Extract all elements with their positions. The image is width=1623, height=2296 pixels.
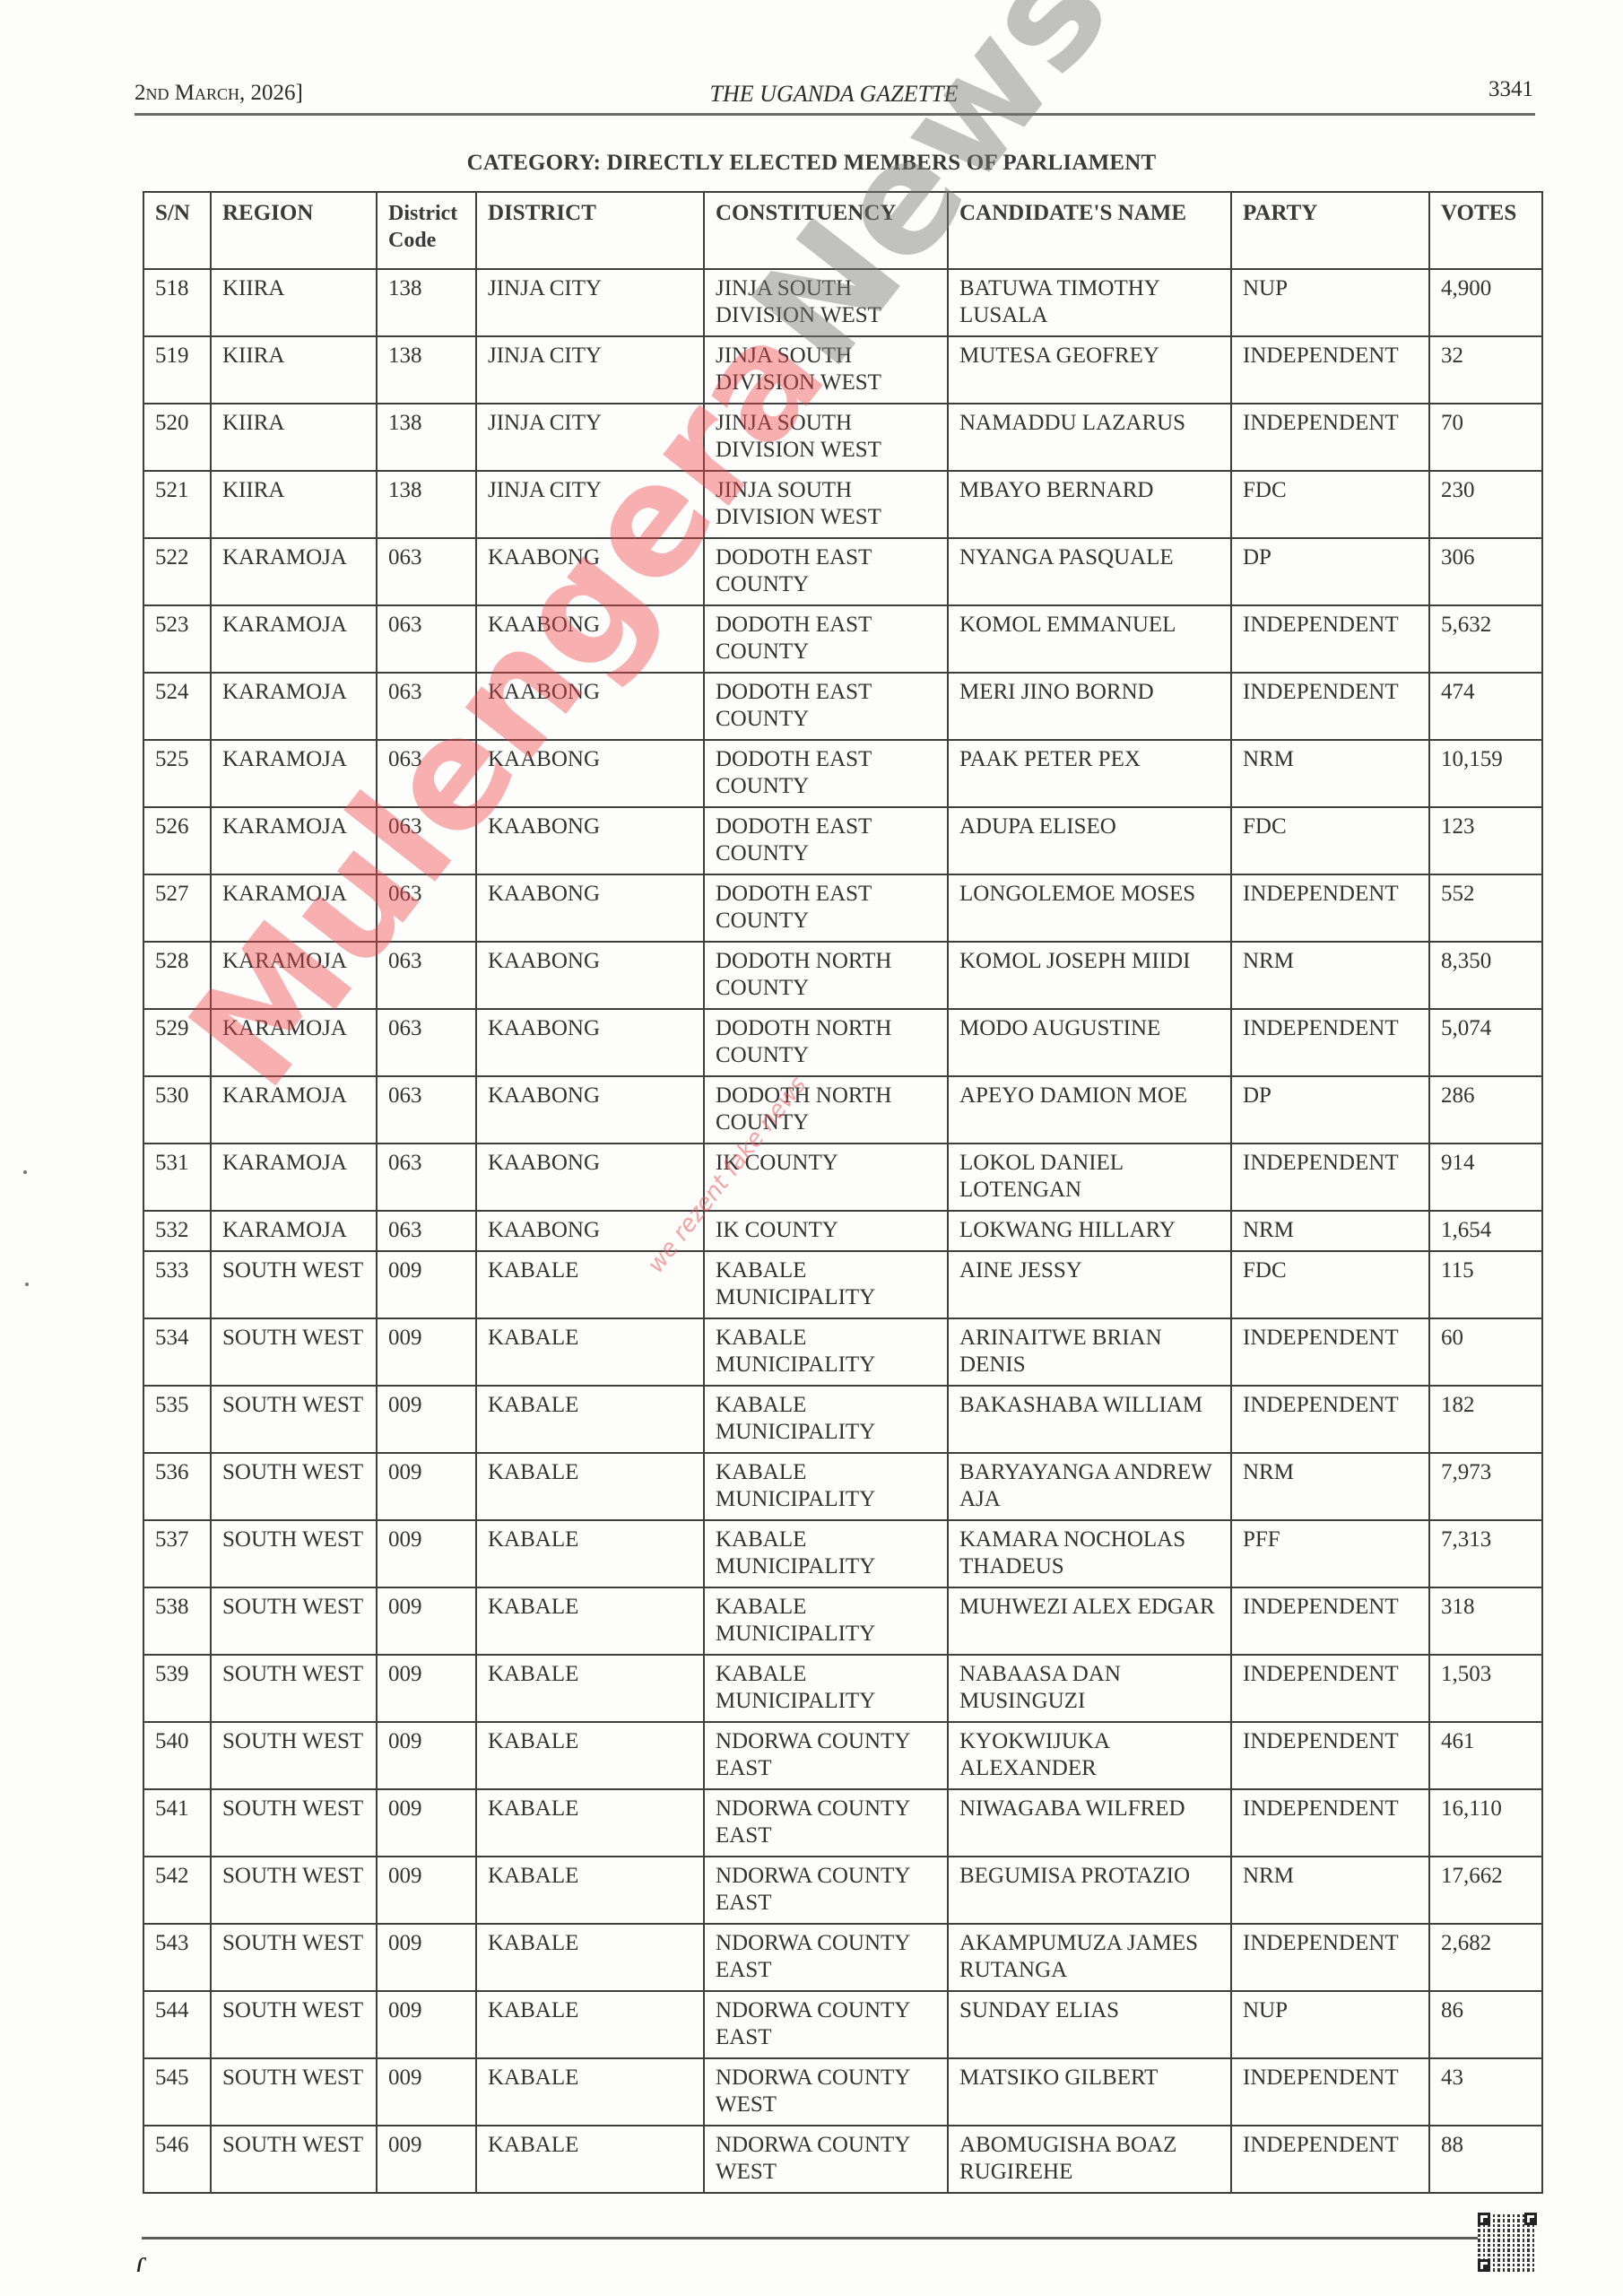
cell-votes: 182	[1429, 1386, 1542, 1453]
cell-sn: 524	[143, 673, 211, 740]
cell-district: JINJA CITY	[476, 471, 704, 538]
cell-constituency: NDORWA COUNTY WEST	[704, 2126, 948, 2193]
cell-votes: 2,682	[1429, 1924, 1542, 1991]
cell-candidate-name: BATUWA TIMOTHY LUSALA	[948, 269, 1231, 336]
table-row: 543SOUTH WEST009KABALENDORWA COUNTY EAST…	[143, 1924, 1542, 1991]
ink-mark: ɾ	[135, 2246, 145, 2280]
cell-party: FDC	[1231, 471, 1429, 538]
cell-region: KARAMOJA	[211, 1076, 377, 1144]
cell-region: KARAMOJA	[211, 538, 377, 605]
footer-rule	[142, 2237, 1478, 2239]
cell-votes: 8,350	[1429, 942, 1542, 1009]
cell-candidate-name: SUNDAY ELIAS	[948, 1991, 1231, 2058]
table-row: 539SOUTH WEST009KABALEKABALE MUNICIPALIT…	[143, 1655, 1542, 1722]
cell-constituency: JINJA SOUTH DIVISION WEST	[704, 471, 948, 538]
cell-constituency: DODOTH EAST COUNTY	[704, 673, 948, 740]
results-table: S/N REGION District Code DISTRICT CONSTI…	[143, 191, 1543, 2194]
cell-candidate-name: MATSIKO GILBERT	[948, 2058, 1231, 2126]
cell-candidate-name: MBAYO BERNARD	[948, 471, 1231, 538]
cell-candidate-name: ADUPA ELISEO	[948, 807, 1231, 874]
cell-votes: 306	[1429, 538, 1542, 605]
cell-votes: 43	[1429, 2058, 1542, 2126]
cell-party: INDEPENDENT	[1231, 1655, 1429, 1722]
cell-votes: 461	[1429, 1722, 1542, 1789]
cell-party: NRM	[1231, 740, 1429, 807]
cell-district: KABALE	[476, 2058, 704, 2126]
cell-district-code: 009	[377, 1655, 476, 1722]
table-row: 545SOUTH WEST009KABALENDORWA COUNTY WEST…	[143, 2058, 1542, 2126]
cell-party: INDEPENDENT	[1231, 1386, 1429, 1453]
cell-region: SOUTH WEST	[211, 1453, 377, 1520]
table-row: 533SOUTH WEST009KABALEKABALE MUNICIPALIT…	[143, 1251, 1542, 1318]
cell-constituency: IK COUNTY	[704, 1144, 948, 1211]
publication-title: THE UGANDA GAZETTE	[135, 81, 1533, 108]
cell-district: KAABONG	[476, 807, 704, 874]
cell-district: KABALE	[476, 1857, 704, 1924]
cell-region: SOUTH WEST	[211, 1991, 377, 2058]
cell-party: INDEPENDENT	[1231, 1789, 1429, 1857]
cell-district-code: 009	[377, 1318, 476, 1386]
cell-votes: 318	[1429, 1587, 1542, 1655]
cell-votes: 7,313	[1429, 1520, 1542, 1587]
table-row: 537SOUTH WEST009KABALEKABALE MUNICIPALIT…	[143, 1520, 1542, 1587]
cell-constituency: NDORWA COUNTY EAST	[704, 1924, 948, 1991]
cell-votes: 10,159	[1429, 740, 1542, 807]
cell-district: JINJA CITY	[476, 404, 704, 471]
cell-sn: 528	[143, 942, 211, 1009]
cell-votes: 32	[1429, 336, 1542, 404]
cell-constituency: DODOTH EAST COUNTY	[704, 740, 948, 807]
table-row: 518KIIRA138JINJA CITYJINJA SOUTH DIVISIO…	[143, 269, 1542, 336]
table-row: 542SOUTH WEST009KABALENDORWA COUNTY EAST…	[143, 1857, 1542, 1924]
cell-party: INDEPENDENT	[1231, 336, 1429, 404]
cell-candidate-name: NIWAGABA WILFRED	[948, 1789, 1231, 1857]
cell-votes: 1,654	[1429, 1211, 1542, 1251]
cell-district: KABALE	[476, 1251, 704, 1318]
page-number: 3341	[1488, 77, 1533, 102]
cell-votes: 88	[1429, 2126, 1542, 2193]
table-row: 519KIIRA138JINJA CITYJINJA SOUTH DIVISIO…	[143, 336, 1542, 404]
cell-district-code: 063	[377, 807, 476, 874]
cell-sn: 526	[143, 807, 211, 874]
cell-district-code: 063	[377, 1144, 476, 1211]
cell-region: SOUTH WEST	[211, 1386, 377, 1453]
cell-district: KAABONG	[476, 942, 704, 1009]
table-row: 546SOUTH WEST009KABALENDORWA COUNTY WEST…	[143, 2126, 1542, 2193]
cell-sn: 532	[143, 1211, 211, 1251]
cell-region: KARAMOJA	[211, 740, 377, 807]
cell-candidate-name: NABAASA DAN MUSINGUZI	[948, 1655, 1231, 1722]
cell-constituency: NDORWA COUNTY WEST	[704, 2058, 948, 2126]
cell-sn: 542	[143, 1857, 211, 1924]
cell-votes: 230	[1429, 471, 1542, 538]
cell-region: SOUTH WEST	[211, 1857, 377, 1924]
cell-sn: 519	[143, 336, 211, 404]
cell-district-code: 063	[377, 1211, 476, 1251]
scan-speck	[23, 1170, 27, 1174]
cell-candidate-name: MERI JINO BORND	[948, 673, 1231, 740]
cell-sn: 530	[143, 1076, 211, 1144]
cell-sn: 534	[143, 1318, 211, 1386]
category-title: CATEGORY: DIRECTLY ELECTED MEMBERS OF PA…	[0, 151, 1623, 176]
cell-district-code: 138	[377, 336, 476, 404]
cell-sn: 529	[143, 1009, 211, 1076]
cell-candidate-name: PAAK PETER PEX	[948, 740, 1231, 807]
cell-region: SOUTH WEST	[211, 1722, 377, 1789]
cell-district-code: 009	[377, 2058, 476, 2126]
table-row: 534SOUTH WEST009KABALEKABALE MUNICIPALIT…	[143, 1318, 1542, 1386]
cell-district: KABALE	[476, 2126, 704, 2193]
table-row: 544SOUTH WEST009KABALENDORWA COUNTY EAST…	[143, 1991, 1542, 2058]
table-row: 541SOUTH WEST009KABALENDORWA COUNTY EAST…	[143, 1789, 1542, 1857]
cell-sn: 546	[143, 2126, 211, 2193]
table-row: 536SOUTH WEST009KABALEKABALE MUNICIPALIT…	[143, 1453, 1542, 1520]
cell-constituency: JINJA SOUTH DIVISION WEST	[704, 404, 948, 471]
cell-constituency: DODOTH EAST COUNTY	[704, 538, 948, 605]
col-header-sn: S/N	[143, 192, 211, 269]
cell-district-code: 009	[377, 1587, 476, 1655]
cell-constituency: KABALE MUNICIPALITY	[704, 1453, 948, 1520]
cell-party: INDEPENDENT	[1231, 1924, 1429, 1991]
cell-sn: 518	[143, 269, 211, 336]
col-header-votes: VOTES	[1429, 192, 1542, 269]
cell-party: INDEPENDENT	[1231, 1009, 1429, 1076]
cell-constituency: DODOTH NORTH COUNTY	[704, 1076, 948, 1144]
cell-district-code: 138	[377, 404, 476, 471]
cell-district: KABALE	[476, 1924, 704, 1991]
cell-sn: 541	[143, 1789, 211, 1857]
cell-sn: 522	[143, 538, 211, 605]
col-header-region: REGION	[211, 192, 377, 269]
cell-constituency: KABALE MUNICIPALITY	[704, 1587, 948, 1655]
cell-region: SOUTH WEST	[211, 1318, 377, 1386]
cell-district-code: 009	[377, 1789, 476, 1857]
cell-constituency: JINJA SOUTH DIVISION WEST	[704, 336, 948, 404]
cell-district-code: 009	[377, 1251, 476, 1318]
cell-constituency: DODOTH NORTH COUNTY	[704, 942, 948, 1009]
cell-sn: 520	[143, 404, 211, 471]
cell-candidate-name: NAMADDU LAZARUS	[948, 404, 1231, 471]
cell-district: KAABONG	[476, 1144, 704, 1211]
cell-party: INDEPENDENT	[1231, 1587, 1429, 1655]
cell-candidate-name: BAKASHABA WILLIAM	[948, 1386, 1231, 1453]
table-row: 531KARAMOJA063KAABONGIK COUNTYLOKOL DANI…	[143, 1144, 1542, 1211]
cell-votes: 115	[1429, 1251, 1542, 1318]
cell-constituency: DODOTH NORTH COUNTY	[704, 1009, 948, 1076]
cell-votes: 552	[1429, 874, 1542, 942]
cell-region: SOUTH WEST	[211, 1924, 377, 1991]
table-row: 524KARAMOJA063KAABONGDODOTH EAST COUNTYM…	[143, 673, 1542, 740]
cell-district: KAABONG	[476, 740, 704, 807]
cell-votes: 5,074	[1429, 1009, 1542, 1076]
cell-votes: 914	[1429, 1144, 1542, 1211]
cell-region: KIIRA	[211, 471, 377, 538]
cell-party: PFF	[1231, 1520, 1429, 1587]
cell-sn: 543	[143, 1924, 211, 1991]
cell-votes: 7,973	[1429, 1453, 1542, 1520]
cell-party: NRM	[1231, 942, 1429, 1009]
cell-sn: 535	[143, 1386, 211, 1453]
cell-candidate-name: AKAMPUMUZA JAMES RUTANGA	[948, 1924, 1231, 1991]
cell-district-code: 009	[377, 1453, 476, 1520]
cell-candidate-name: NYANGA PASQUALE	[948, 538, 1231, 605]
col-header-candidate: CANDIDATE'S NAME	[948, 192, 1231, 269]
cell-votes: 17,662	[1429, 1857, 1542, 1924]
cell-district: KAABONG	[476, 1076, 704, 1144]
cell-region: KARAMOJA	[211, 1211, 377, 1251]
cell-region: KIIRA	[211, 336, 377, 404]
cell-candidate-name: AINE JESSY	[948, 1251, 1231, 1318]
cell-sn: 544	[143, 1991, 211, 2058]
table-row: 532KARAMOJA063KAABONGIK COUNTYLOKWANG HI…	[143, 1211, 1542, 1251]
cell-district-code: 063	[377, 740, 476, 807]
cell-sn: 545	[143, 2058, 211, 2126]
cell-candidate-name: MODO AUGUSTINE	[948, 1009, 1231, 1076]
cell-party: INDEPENDENT	[1231, 1722, 1429, 1789]
cell-district-code: 138	[377, 269, 476, 336]
cell-district-code: 009	[377, 1386, 476, 1453]
cell-region: SOUTH WEST	[211, 1655, 377, 1722]
cell-party: NUP	[1231, 269, 1429, 336]
cell-constituency: JINJA SOUTH DIVISION WEST	[704, 269, 948, 336]
cell-candidate-name: KYOKWIJUKA ALEXANDER	[948, 1722, 1231, 1789]
cell-party: NRM	[1231, 1857, 1429, 1924]
cell-constituency: DODOTH EAST COUNTY	[704, 807, 948, 874]
cell-party: FDC	[1231, 1251, 1429, 1318]
cell-district: KAABONG	[476, 1211, 704, 1251]
cell-sn: 536	[143, 1453, 211, 1520]
cell-sn: 533	[143, 1251, 211, 1318]
table-row: 520KIIRA138JINJA CITYJINJA SOUTH DIVISIO…	[143, 404, 1542, 471]
cell-region: KARAMOJA	[211, 605, 377, 673]
cell-votes: 123	[1429, 807, 1542, 874]
cell-district: JINJA CITY	[476, 336, 704, 404]
cell-candidate-name: KOMOL JOSEPH MIIDI	[948, 942, 1231, 1009]
cell-party: INDEPENDENT	[1231, 605, 1429, 673]
cell-district: KABALE	[476, 1991, 704, 2058]
cell-district: KAABONG	[476, 874, 704, 942]
cell-district: KAABONG	[476, 1009, 704, 1076]
cell-region: KARAMOJA	[211, 807, 377, 874]
cell-district: KABALE	[476, 1587, 704, 1655]
cell-region: KARAMOJA	[211, 874, 377, 942]
cell-sn: 527	[143, 874, 211, 942]
cell-region: KARAMOJA	[211, 942, 377, 1009]
cell-district: KABALE	[476, 1318, 704, 1386]
cell-candidate-name: LOKOL DANIEL LOTENGAN	[948, 1144, 1231, 1211]
col-header-constituency: CONSTITUENCY	[704, 192, 948, 269]
cell-constituency: KABALE MUNICIPALITY	[704, 1386, 948, 1453]
table-row: 525KARAMOJA063KAABONGDODOTH EAST COUNTYP…	[143, 740, 1542, 807]
cell-candidate-name: MUTESA GEOFREY	[948, 336, 1231, 404]
cell-votes: 1,503	[1429, 1655, 1542, 1722]
cell-votes: 70	[1429, 404, 1542, 471]
cell-candidate-name: LONGOLEMOE MOSES	[948, 874, 1231, 942]
cell-party: DP	[1231, 1076, 1429, 1144]
cell-sn: 523	[143, 605, 211, 673]
cell-sn: 537	[143, 1520, 211, 1587]
cell-party: INDEPENDENT	[1231, 404, 1429, 471]
cell-region: SOUTH WEST	[211, 1251, 377, 1318]
cell-sn: 539	[143, 1655, 211, 1722]
cell-party: NRM	[1231, 1211, 1429, 1251]
cell-party: INDEPENDENT	[1231, 1318, 1429, 1386]
cell-votes: 16,110	[1429, 1789, 1542, 1857]
cell-party: INDEPENDENT	[1231, 1144, 1429, 1211]
cell-region: KARAMOJA	[211, 1144, 377, 1211]
cell-constituency: NDORWA COUNTY EAST	[704, 1722, 948, 1789]
cell-region: SOUTH WEST	[211, 1520, 377, 1587]
cell-candidate-name: LOKWANG HILLARY	[948, 1211, 1231, 1251]
page-header: 2nd March, 2026] THE UGANDA GAZETTE 3341	[135, 74, 1533, 118]
cell-district-code: 063	[377, 942, 476, 1009]
table-row: 538SOUTH WEST009KABALEKABALE MUNICIPALIT…	[143, 1587, 1542, 1655]
cell-district: KABALE	[476, 1520, 704, 1587]
col-header-district: DISTRICT	[476, 192, 704, 269]
cell-constituency: KABALE MUNICIPALITY	[704, 1251, 948, 1318]
table-row: 535SOUTH WEST009KABALEKABALE MUNICIPALIT…	[143, 1386, 1542, 1453]
cell-district: KABALE	[476, 1722, 704, 1789]
cell-constituency: KABALE MUNICIPALITY	[704, 1655, 948, 1722]
cell-district-code: 009	[377, 1520, 476, 1587]
cell-region: KIIRA	[211, 269, 377, 336]
table-row: 540SOUTH WEST009KABALENDORWA COUNTY EAST…	[143, 1722, 1542, 1789]
cell-region: KIIRA	[211, 404, 377, 471]
cell-votes: 286	[1429, 1076, 1542, 1144]
cell-sn: 521	[143, 471, 211, 538]
cell-region: SOUTH WEST	[211, 1587, 377, 1655]
cell-constituency: DODOTH EAST COUNTY	[704, 874, 948, 942]
cell-sn: 525	[143, 740, 211, 807]
table-row: 521KIIRA138JINJA CITYJINJA SOUTH DIVISIO…	[143, 471, 1542, 538]
cell-district-code: 009	[377, 1924, 476, 1991]
cell-district-code: 009	[377, 1722, 476, 1789]
cell-constituency: NDORWA COUNTY EAST	[704, 1857, 948, 1924]
cell-votes: 4,900	[1429, 269, 1542, 336]
cell-party: NRM	[1231, 1453, 1429, 1520]
cell-district-code: 063	[377, 673, 476, 740]
cell-district-code: 009	[377, 2126, 476, 2193]
cell-party: DP	[1231, 538, 1429, 605]
cell-sn: 538	[143, 1587, 211, 1655]
cell-party: INDEPENDENT	[1231, 2058, 1429, 2126]
cell-district-code: 063	[377, 1009, 476, 1076]
cell-constituency: DODOTH EAST COUNTY	[704, 605, 948, 673]
table-row: 528KARAMOJA063KAABONGDODOTH NORTH COUNTY…	[143, 942, 1542, 1009]
cell-votes: 60	[1429, 1318, 1542, 1386]
cell-constituency: NDORWA COUNTY EAST	[704, 1991, 948, 2058]
cell-district: KABALE	[476, 1655, 704, 1722]
cell-party: INDEPENDENT	[1231, 2126, 1429, 2193]
cell-region: KARAMOJA	[211, 673, 377, 740]
qr-code-icon	[1478, 2213, 1537, 2272]
cell-party: INDEPENDENT	[1231, 673, 1429, 740]
cell-constituency: KABALE MUNICIPALITY	[704, 1318, 948, 1386]
cell-district-code: 009	[377, 1991, 476, 2058]
cell-district: KABALE	[476, 1789, 704, 1857]
cell-candidate-name: ABOMUGISHA BOAZ RUGIREHE	[948, 2126, 1231, 2193]
cell-district-code: 063	[377, 605, 476, 673]
cell-constituency: KABALE MUNICIPALITY	[704, 1520, 948, 1587]
cell-candidate-name: ARINAITWE BRIAN DENIS	[948, 1318, 1231, 1386]
cell-district: KAABONG	[476, 673, 704, 740]
cell-region: SOUTH WEST	[211, 2126, 377, 2193]
cell-candidate-name: BARYAYANGA ANDREW AJA	[948, 1453, 1231, 1520]
table-row: 529KARAMOJA063KAABONGDODOTH NORTH COUNTY…	[143, 1009, 1542, 1076]
table-row: 522KARAMOJA063KAABONGDODOTH EAST COUNTYN…	[143, 538, 1542, 605]
cell-district: KAABONG	[476, 538, 704, 605]
cell-district: KABALE	[476, 1386, 704, 1453]
table-row: 526KARAMOJA063KAABONGDODOTH EAST COUNTYA…	[143, 807, 1542, 874]
cell-sn: 531	[143, 1144, 211, 1211]
cell-candidate-name: BEGUMISA PROTAZIO	[948, 1857, 1231, 1924]
scan-speck	[25, 1283, 29, 1286]
table-row: 530KARAMOJA063KAABONGDODOTH NORTH COUNTY…	[143, 1076, 1542, 1144]
cell-district-code: 063	[377, 874, 476, 942]
table-row: 523KARAMOJA063KAABONGDODOTH EAST COUNTYK…	[143, 605, 1542, 673]
cell-candidate-name: KOMOL EMMANUEL	[948, 605, 1231, 673]
cell-votes: 474	[1429, 673, 1542, 740]
cell-district-code: 063	[377, 1076, 476, 1144]
cell-candidate-name: KAMARA NOCHOLAS THADEUS	[948, 1520, 1231, 1587]
cell-votes: 5,632	[1429, 605, 1542, 673]
table-header-row: S/N REGION District Code DISTRICT CONSTI…	[143, 192, 1542, 269]
cell-district: JINJA CITY	[476, 269, 704, 336]
table-body: 518KIIRA138JINJA CITYJINJA SOUTH DIVISIO…	[143, 269, 1542, 2193]
cell-constituency: NDORWA COUNTY EAST	[704, 1789, 948, 1857]
cell-district: KAABONG	[476, 605, 704, 673]
cell-region: SOUTH WEST	[211, 2058, 377, 2126]
cell-party: FDC	[1231, 807, 1429, 874]
cell-district-code: 063	[377, 538, 476, 605]
cell-district-code: 138	[377, 471, 476, 538]
col-header-district-code: District Code	[377, 192, 476, 269]
col-header-party: PARTY	[1231, 192, 1429, 269]
cell-party: INDEPENDENT	[1231, 874, 1429, 942]
cell-candidate-name: MUHWEZI ALEX EDGAR	[948, 1587, 1231, 1655]
cell-sn: 540	[143, 1722, 211, 1789]
header-rule	[135, 113, 1535, 116]
table-row: 527KARAMOJA063KAABONGDODOTH EAST COUNTYL…	[143, 874, 1542, 942]
cell-candidate-name: APEYO DAMION MOE	[948, 1076, 1231, 1144]
cell-district-code: 009	[377, 1857, 476, 1924]
cell-region: KARAMOJA	[211, 1009, 377, 1076]
cell-votes: 86	[1429, 1991, 1542, 2058]
cell-constituency: IK COUNTY	[704, 1211, 948, 1251]
cell-party: NUP	[1231, 1991, 1429, 2058]
cell-district: KABALE	[476, 1453, 704, 1520]
cell-region: SOUTH WEST	[211, 1789, 377, 1857]
